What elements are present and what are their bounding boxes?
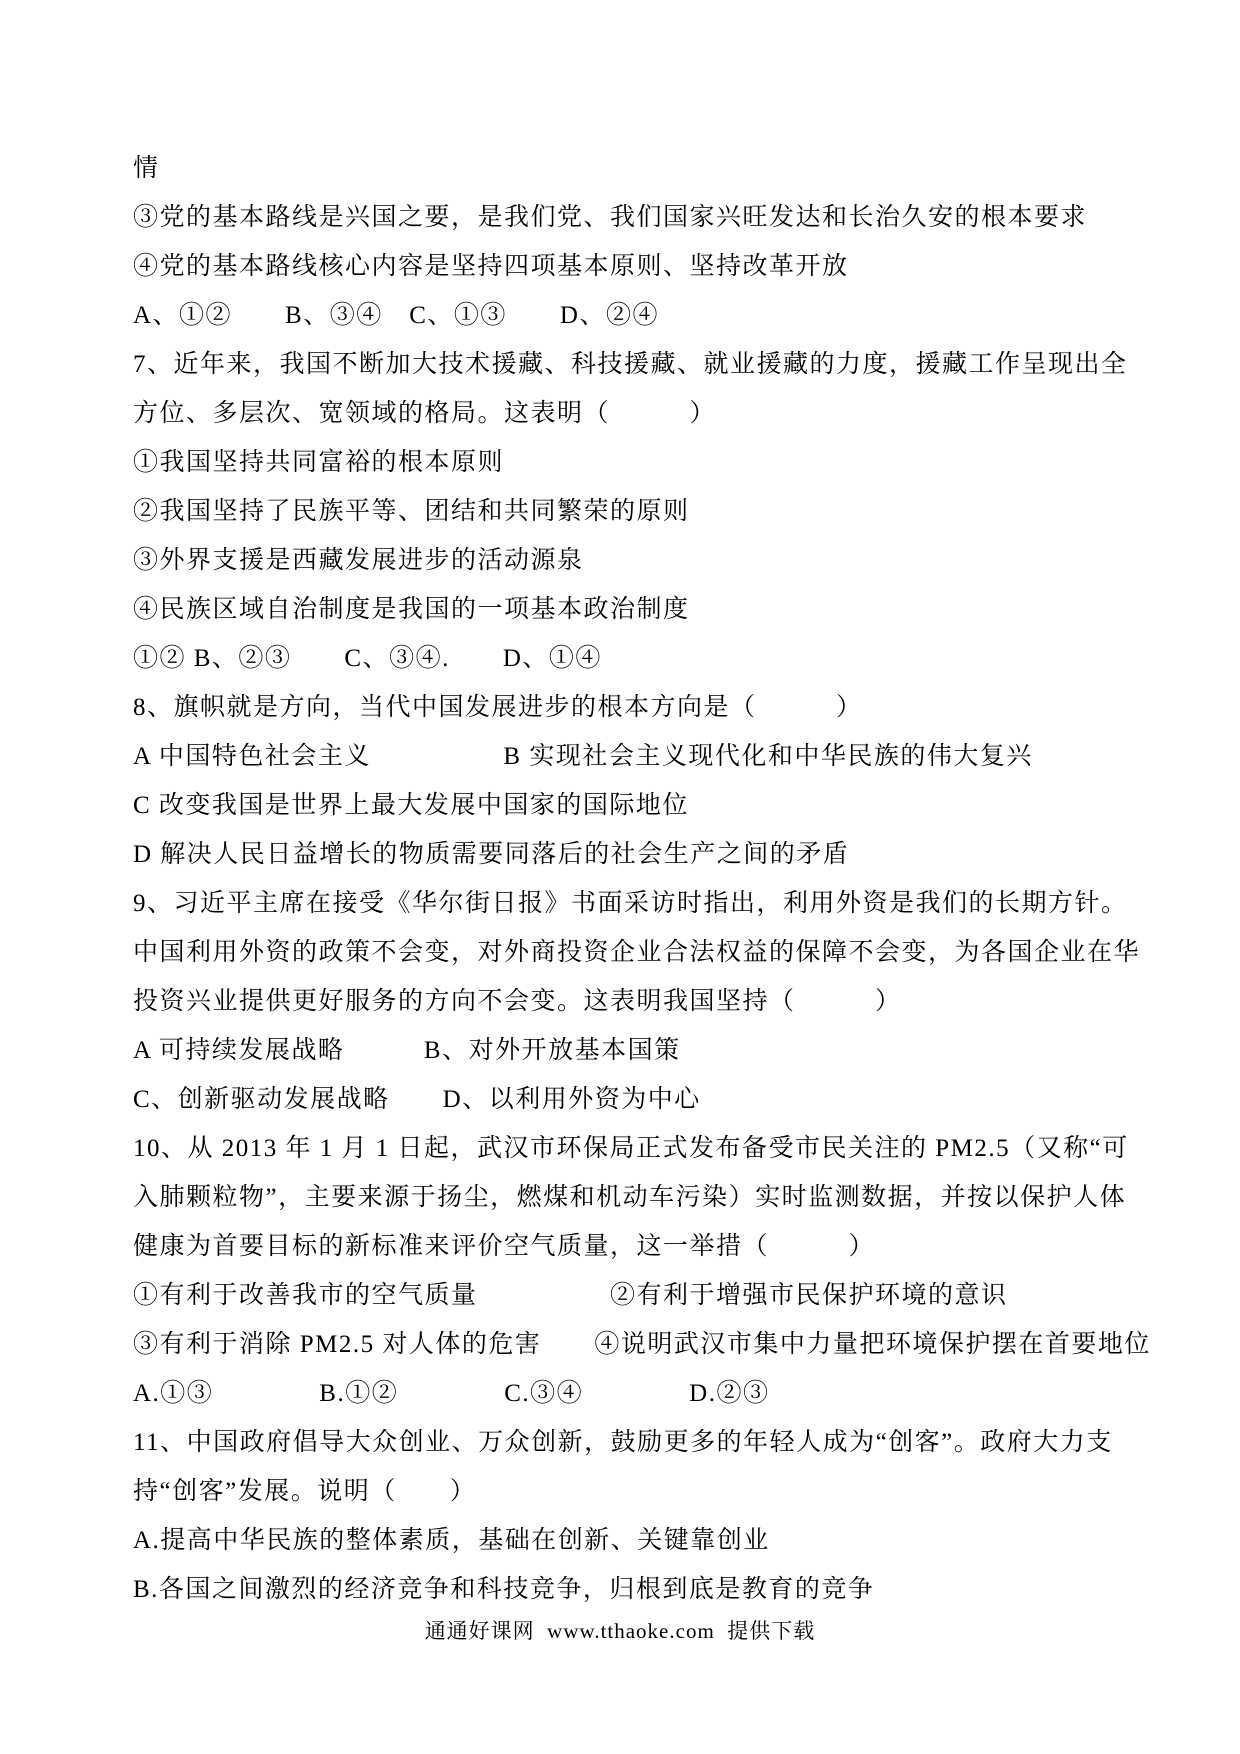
q10-choices-12-line: ①有利于改善我市的空气质量 ②有利于增强市民保护环境的意识 <box>133 1271 1133 1320</box>
q7-stem-line-1: 7、近年来，我国不断加大技术援藏、科技援藏、就业援藏的力度，援藏工作呈现出全 <box>133 340 1133 389</box>
q7-choice-4-line: ④民族区域自治制度是我国的一项基本政治制度 <box>133 585 1133 634</box>
exam-content: 情 ③党的基本路线是兴国之要，是我们党、我们国家兴旺发达和长治久安的根本要求 ④… <box>133 144 1133 1614</box>
q6-answer-options-line: A、①② B、③④ C、①③ D、②④ <box>133 291 1133 340</box>
q7-choice-1-line: ①我国坚持共同富裕的根本原则 <box>133 438 1133 487</box>
q9-stem-line-3: 投资兴业提供更好服务的方向不会变。这表明我国坚持（ ） <box>133 977 1133 1026</box>
q7-choice-2-line: ②我国坚持了民族平等、团结和共同繁荣的原则 <box>133 487 1133 536</box>
q10-choices-34-line: ③有利于消除 PM2.5 对人体的危害 ④说明武汉市集中力量把环境保护摆在首要地… <box>133 1320 1133 1369</box>
q9-stem-line-1: 9、习近平主席在接受《华尔街日报》书面采访时指出，利用外资是我们的长期方针。 <box>133 879 1133 928</box>
q11-option-a-line: A.提高中华民族的整体素质，基础在创新、关键靠创业 <box>133 1516 1133 1565</box>
question-6-continuation-block: 情 ③党的基本路线是兴国之要，是我们党、我们国家兴旺发达和长治久安的根本要求 ④… <box>133 144 1133 340</box>
q8-option-c-line: C 改变我国是世界上最大发展中国家的国际地位 <box>133 781 1133 830</box>
q11-stem-line-2: 持“创客”发展。说明（ ） <box>133 1467 1133 1516</box>
q6-choice-4-line: ④党的基本路线核心内容是坚持四项基本原则、坚持改革开放 <box>133 242 1133 291</box>
q9-stem-line-2: 中国利用外资的政策不会变，对外商投资企业合法权益的保障不会变，为各国企业在华 <box>133 928 1133 977</box>
q7-choice-3-line: ③外界支援是西藏发展进步的活动源泉 <box>133 536 1133 585</box>
q9-options-ab-line: A 可持续发展战略 B、对外开放基本国策 <box>133 1026 1133 1075</box>
q10-stem-line-2: 入肺颗粒物”，主要来源于扬尘，燃煤和机动车污染）实时监测数据，并按以保护人体 <box>133 1173 1133 1222</box>
q8-options-ab-line: A 中国特色社会主义 B 实现社会主义现代化和中华民族的伟大复兴 <box>133 732 1133 781</box>
q8-stem-line: 8、旗帜就是方向，当代中国发展进步的根本方向是（ ） <box>133 683 1133 732</box>
q10-stem-line-3: 健康为首要目标的新标准来评价空气质量，这一举措（ ） <box>133 1222 1133 1271</box>
q11-option-b-line: B.各国之间激烈的经济竞争和科技竞争，归根到底是教育的竞争 <box>133 1565 1133 1614</box>
q9-options-cd-line: C、创新驱动发展战略 D、以利用外资为中心 <box>133 1075 1133 1124</box>
question-9-block: 9、习近平主席在接受《华尔街日报》书面采访时指出，利用外资是我们的长期方针。 中… <box>133 879 1133 1124</box>
question-8-block: 8、旗帜就是方向，当代中国发展进步的根本方向是（ ） A 中国特色社会主义 B … <box>133 683 1133 879</box>
q10-stem-line-1: 10、从 2013 年 1 月 1 日起，武汉市环保局正式发布备受市民关注的 P… <box>133 1124 1133 1173</box>
q7-stem-line-2: 方位、多层次、宽领域的格局。这表明（ ） <box>133 389 1133 438</box>
q8-option-d-line: D 解决人民日益增长的物质需要同落后的社会生产之间的矛盾 <box>133 830 1133 879</box>
question-7-block: 7、近年来，我国不断加大技术援藏、科技援藏、就业援藏的力度，援藏工作呈现出全 方… <box>133 340 1133 683</box>
site-watermark: 通通好课网 www.tthaoke.com 提供下载 <box>0 1618 1240 1644</box>
q6-choice-3-line: ③党的基本路线是兴国之要，是我们党、我们国家兴旺发达和长治久安的根本要求 <box>133 193 1133 242</box>
q11-stem-line-1: 11、中国政府倡导大众创业、万众创新，鼓励更多的年轻人成为“创客”。政府大力支 <box>133 1418 1133 1467</box>
question-10-block: 10、从 2013 年 1 月 1 日起，武汉市环保局正式发布备受市民关注的 P… <box>133 1124 1133 1418</box>
exam-page: 情 ③党的基本路线是兴国之要，是我们党、我们国家兴旺发达和长治久安的根本要求 ④… <box>0 0 1240 1754</box>
q10-answer-options-line: A.①③ B.①② C.③④ D.②③ <box>133 1369 1133 1418</box>
question-11-block: 11、中国政府倡导大众创业、万众创新，鼓励更多的年轻人成为“创客”。政府大力支 … <box>133 1418 1133 1614</box>
q7-answer-options-line: ①② B、②③ C、③④. D、①④ <box>133 634 1133 683</box>
q6-tail-text-line: 情 <box>133 144 1133 193</box>
